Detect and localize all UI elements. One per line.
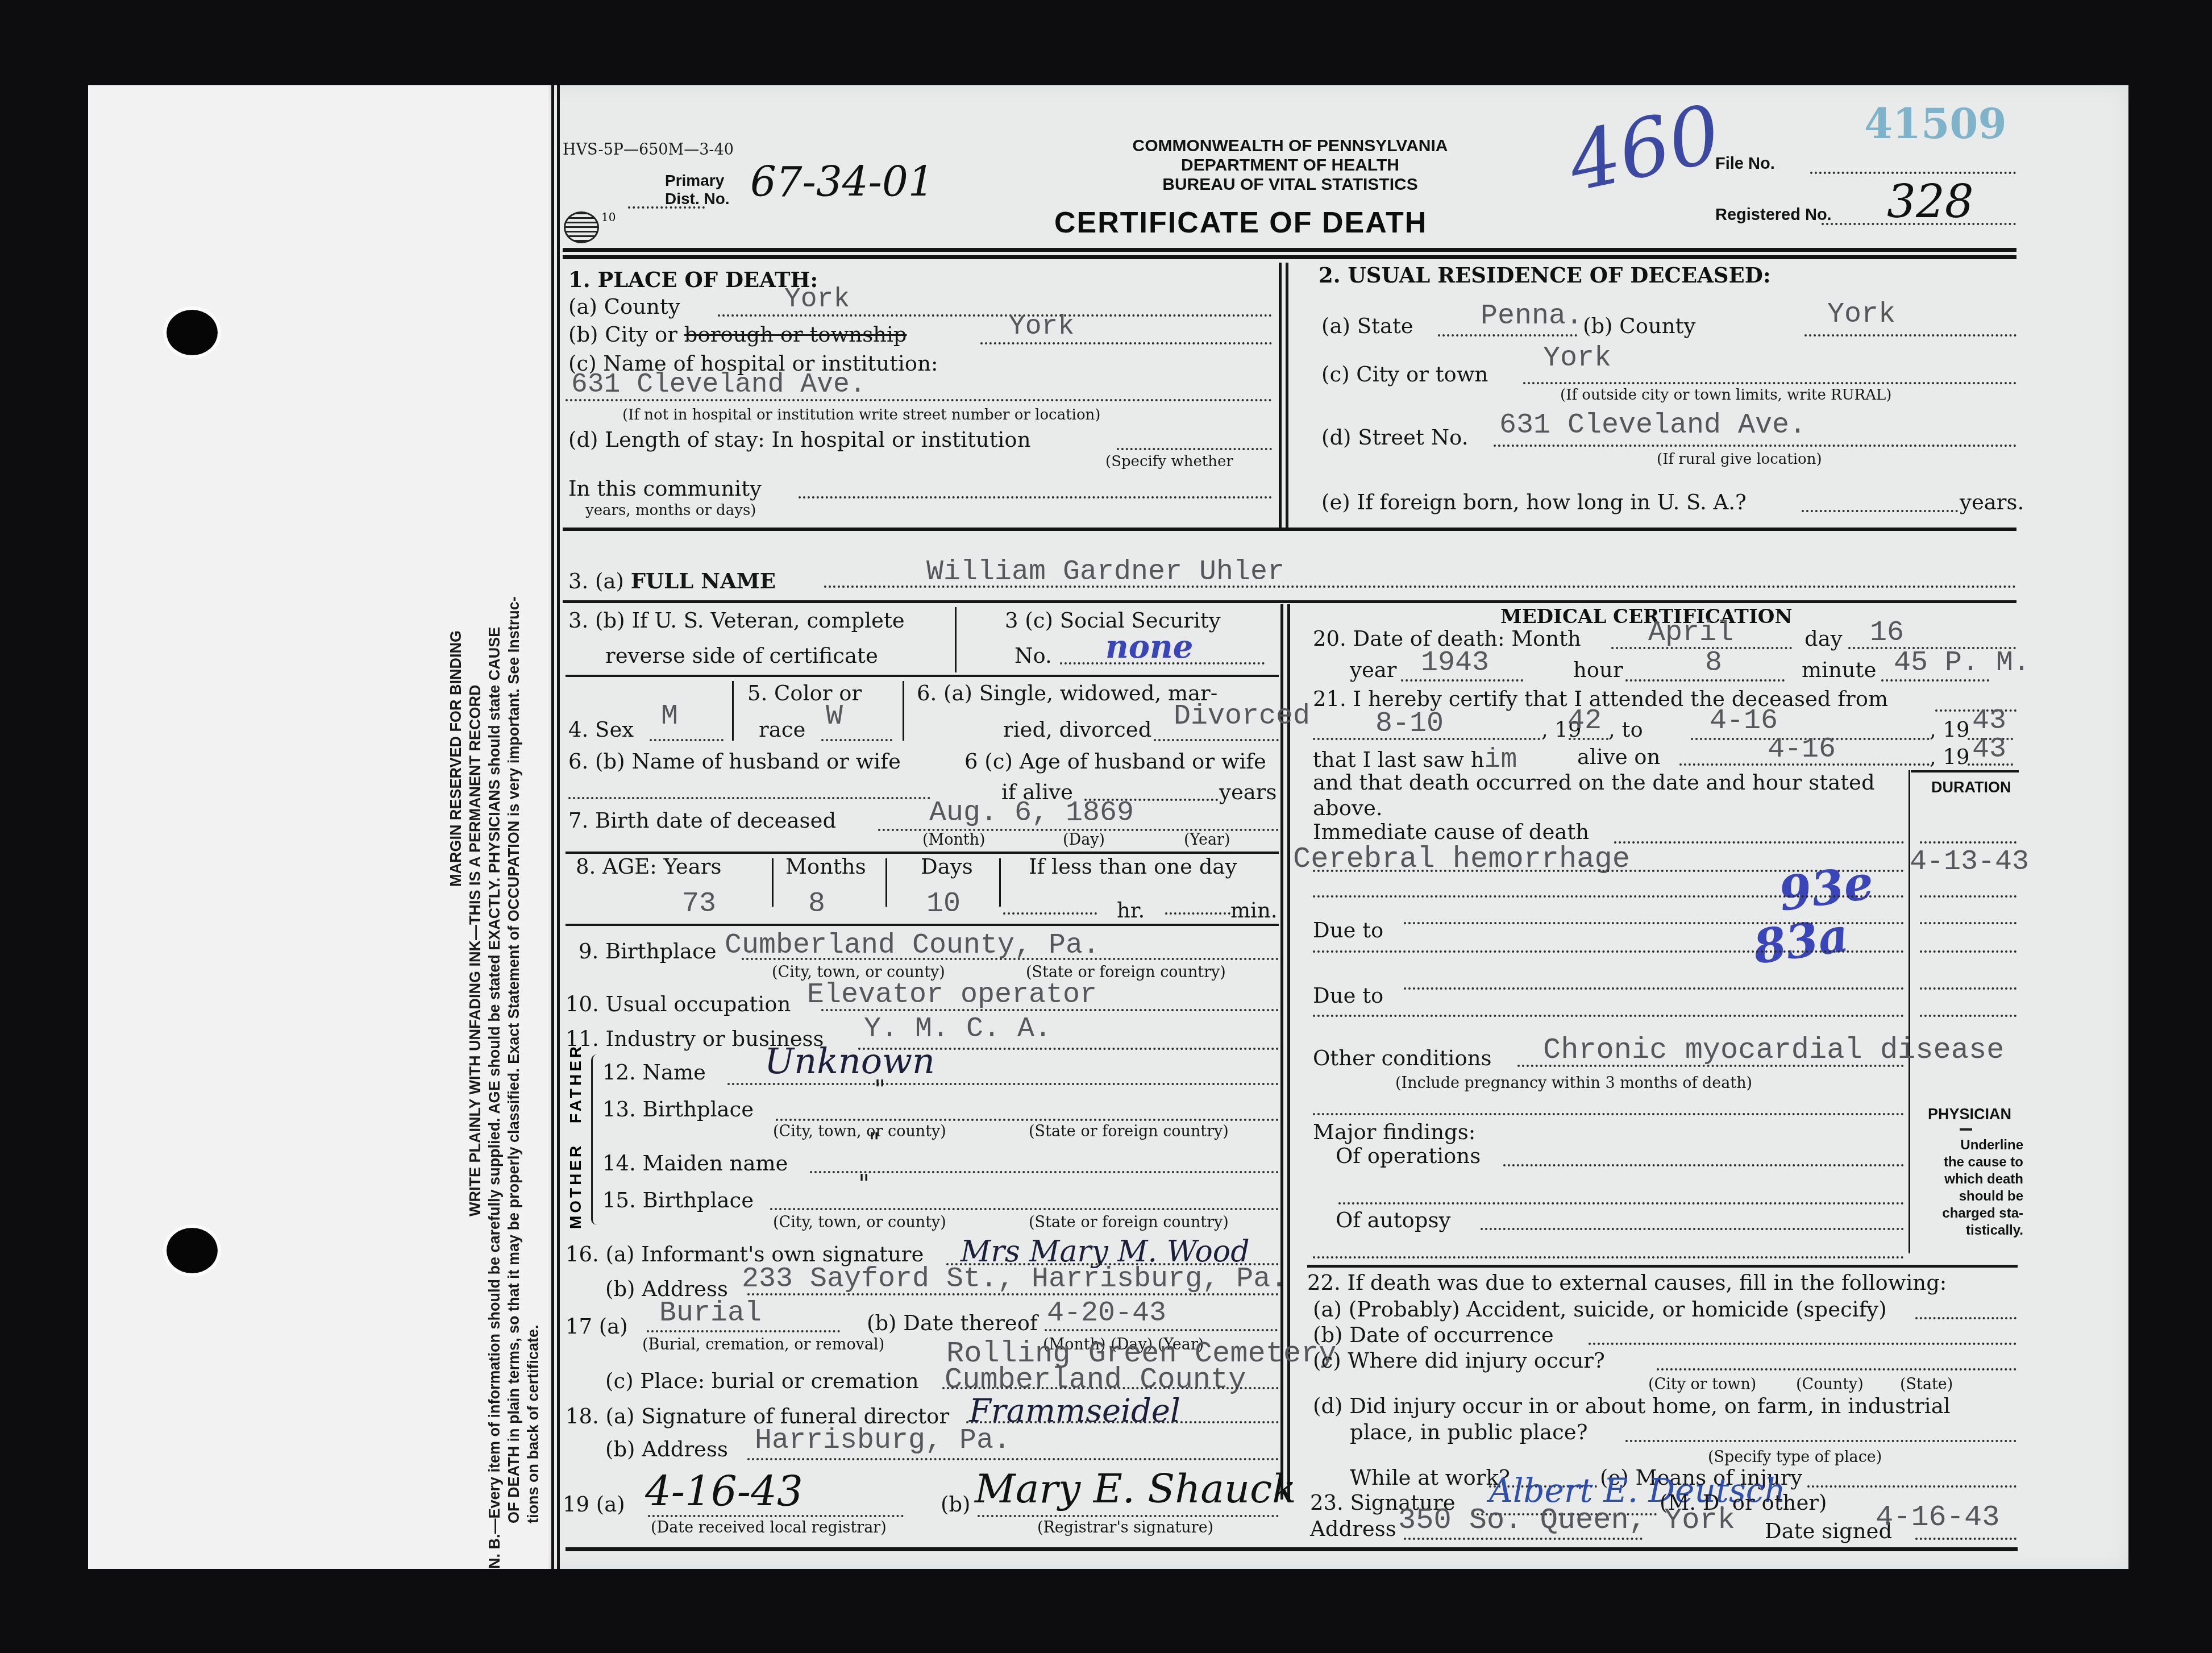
attended-from-year: 42 [1567, 705, 1602, 737]
stay-line [1117, 448, 1272, 450]
agency-commonwealth: COMMONWEALTH OF PENNSYLVANIA [1103, 136, 1478, 156]
form-border-left-inner [557, 85, 560, 1569]
age-divider-1 [772, 858, 774, 907]
other-conditions-label: Other conditions [1313, 1046, 1492, 1070]
place-of-death-heading: 1. PLACE OF DEATH: [568, 267, 818, 292]
disposition-note: (Burial, cremation, or removal) [642, 1336, 884, 1353]
mother-maiden-line [810, 1171, 1279, 1173]
registrar-signature-value: Mary E. Shauck [975, 1465, 1296, 1512]
sex-value: M [661, 700, 678, 733]
occupation-label: 10. Usual occupation [566, 992, 791, 1016]
color-label-2: race [759, 717, 805, 742]
external-b-label: (b) Date of occurrence [1313, 1323, 1554, 1347]
death-minute-line [1881, 679, 1989, 682]
marital-label-2: ried, divorced [1003, 717, 1151, 742]
physician-address-label: Address [1310, 1517, 1396, 1541]
spouse-age-label: 6 (c) Age of husband or wife [964, 749, 1266, 774]
sex-label: 4. Sex [568, 717, 634, 742]
birth-month-note: (Month) [922, 831, 986, 849]
registered-no-label: Registered No. [1715, 206, 1832, 225]
operations-label: Of operations [1336, 1144, 1481, 1168]
burial-date-line [1045, 1329, 1278, 1331]
death-city-line [980, 342, 1272, 344]
informant-address-line [747, 1293, 1279, 1295]
section-rule-2 [563, 600, 2016, 603]
agency-department: DEPARTMENT OF HEALTH [1103, 156, 1478, 175]
mother-side-label: MOTHER [567, 1143, 584, 1229]
death-year-label: year [1350, 658, 1397, 682]
physician-address-value: 350 So. Queen, York [1398, 1504, 1735, 1537]
external-c-city-note: (City or town) [1648, 1376, 1756, 1393]
external-a-label: (a) (Probably) Accident, suicide, or hom… [1313, 1297, 1887, 1322]
duration-box-top [1911, 770, 2019, 772]
birthplace-value: Cumberland County, Pa. [725, 929, 1100, 962]
alive-on-label: alive on [1577, 745, 1660, 769]
father-side-label: FATHER [567, 1044, 584, 1123]
birth-date-label: 7. Birth date of deceased [568, 808, 836, 833]
major-findings-line-top [1313, 1113, 1904, 1115]
full-name-line [824, 585, 2016, 588]
funeral-director-address-value: Harrisburg, Pa. [755, 1424, 1011, 1457]
burial-place-label: (c) Place: burial or cremation [605, 1369, 919, 1393]
occupation-value: Elevator operator [807, 979, 1097, 1011]
marital-line [1154, 739, 1279, 741]
age-divider-3 [999, 858, 1001, 907]
residence-street-value: 631 Cleveland Ave. [1499, 409, 1806, 442]
full-name-value: William Gardner Uhler [926, 556, 1284, 588]
external-c-county-note: (County) [1796, 1376, 1864, 1393]
agency-bureau: BUREAU OF VITAL STATISTICS [1103, 175, 1478, 194]
veteran-label-1: 3. (b) If U. S. Veteran, complete [568, 608, 905, 633]
physician-note-line: should be [1921, 1188, 2023, 1205]
last-saw-year-prefix: , 19 [1930, 745, 1970, 769]
immediate-duration-label-line [1920, 841, 2016, 844]
birthplace-label: 9. Birthplace [579, 939, 717, 963]
physician-address-line [1404, 1538, 1643, 1540]
margin-line-1: MARGIN RESERVED FOR BINDING [446, 596, 465, 1569]
death-hour-label: hour [1573, 658, 1623, 682]
due-to-line-1 [1404, 922, 1904, 924]
age-years-value: 73 [682, 888, 716, 920]
physician-note-line: which death [1921, 1171, 2023, 1188]
death-month-value: April [1648, 617, 1733, 649]
last-saw-label: that I last saw h [1313, 747, 1485, 772]
age-divider-2 [885, 858, 887, 907]
registrar-signature-note: (Registrar's signature) [1037, 1519, 1213, 1536]
community-label: In this community [568, 476, 762, 501]
autopsy-label: Of autopsy [1336, 1208, 1450, 1232]
age-months-label: Months [785, 854, 866, 879]
residence-county-line [1804, 334, 2016, 337]
occupation-line [821, 1009, 1279, 1011]
residence-city-value: York [1543, 342, 1611, 375]
top-divider-b [1286, 263, 1288, 530]
major-findings-label: Major findings: [1313, 1120, 1475, 1144]
veteran-divider [955, 607, 957, 672]
registrar-date-label: 19 (a) [563, 1492, 625, 1517]
residence-street-note: (If rural give location) [1657, 451, 1822, 468]
hr-label: hr. [1117, 898, 1145, 923]
burial-date-label: (b) Date thereof [867, 1311, 1038, 1335]
medical-heading: MEDICAL CERTIFICATION [1500, 605, 1793, 628]
residence-state-line [1438, 334, 1577, 337]
primary-dist-value: 67-34-01 [750, 158, 934, 206]
attended-from-row: 8-10 [1313, 708, 1444, 740]
community-note: years, months or days) [585, 502, 756, 519]
attended-from-year-line [1569, 738, 1608, 740]
mother-birthplace-label: 15. Birthplace [602, 1188, 754, 1212]
external-d-label-1: (d) Did injury occur in or about home, o… [1313, 1394, 1951, 1418]
other-conditions-value: Chronic myocardial disease [1543, 1033, 2004, 1067]
external-b-line [1589, 1343, 2016, 1345]
physician-note-line: Underline [1921, 1137, 2023, 1154]
date-signed-value: 4-16-43 [1876, 1501, 1999, 1534]
disposition-line [647, 1330, 840, 1332]
registered-no-line [1822, 223, 2016, 225]
date-signed-line [1915, 1538, 2016, 1540]
spouse-age-suffix: years [1219, 780, 1277, 804]
external-d-label-2: place, in public place? [1350, 1420, 1588, 1444]
last-saw-year: 43 [1972, 733, 2006, 766]
age-years-label: 8. AGE: Years [576, 854, 721, 879]
autopsy-line [1481, 1228, 1904, 1230]
form-bottom-rule [566, 1547, 2018, 1551]
death-hour-line [1625, 679, 1785, 682]
spouse-name-line [568, 797, 930, 799]
stay-label: (d) Length of stay: In hospital or insti… [568, 427, 1030, 452]
disposition-value: Burial [659, 1297, 762, 1330]
death-county-line [718, 314, 1272, 317]
father-birthplace-line [776, 1119, 1279, 1121]
operations-line [1503, 1164, 1904, 1166]
residence-street-line [1494, 445, 2016, 447]
color-line [821, 739, 892, 741]
death-county-label: (a) County [568, 294, 680, 319]
margin-instructions: MARGIN RESERVED FOR BINDING WRITE PLAINL… [446, 596, 543, 1569]
hospital-line [566, 399, 1272, 401]
hospital-value: 631 Cleveland Ave. [571, 369, 866, 400]
less-than-day-label: If less than one day [1029, 854, 1237, 879]
registered-no-value: 328 [1887, 175, 1974, 228]
due-to-duration-2 [1920, 987, 2016, 990]
father-name-value: Unknown [764, 1040, 935, 1082]
external-c-state-note: (State) [1900, 1376, 1953, 1393]
burial-place-line [942, 1387, 1279, 1389]
residence-street-label: (d) Street No. [1321, 425, 1468, 450]
father-birthplace-label: 13. Birthplace [602, 1097, 754, 1122]
death-city-label-text: (b) City or [568, 322, 677, 347]
duration-line-2 [1920, 895, 2016, 898]
agency-header: COMMONWEALTH OF PENNSYLVANIA DEPARTMENT … [1103, 136, 1478, 194]
father-state-note: (State or foreign country) [1029, 1123, 1229, 1140]
occurred-label-1: and that death occurred on the date and … [1313, 770, 1875, 795]
funeral-director-address-line [747, 1458, 1279, 1460]
mother-birthplace-line [770, 1208, 1279, 1210]
top-divider-a [1279, 263, 1282, 530]
last-saw-date: 4-16 [1768, 733, 1836, 766]
physician-note-line: tistically. [1921, 1222, 2023, 1239]
date-signed-label: Date signed [1765, 1519, 1892, 1543]
last-saw-year-line [1968, 763, 2013, 766]
form-border-left-outer [551, 85, 554, 1569]
color-value: W [826, 700, 843, 733]
age-days-label: Days [921, 854, 973, 879]
ss-no-label: No. [1014, 643, 1052, 668]
while-at-work-label: While at work? [1350, 1465, 1510, 1490]
stay-note: (Specify whether [1105, 453, 1233, 470]
sex-divider [732, 681, 734, 741]
sex-line [650, 739, 724, 741]
header-rule-2 [563, 255, 2016, 259]
age-months-value: 8 [808, 888, 825, 920]
attended-to-label: , to [1608, 717, 1643, 742]
death-minute-label: minute [1802, 658, 1876, 682]
residence-county-value: York [1827, 298, 1895, 331]
hospital-note: (If not in hospital or institution write… [622, 406, 1100, 423]
immediate-cause-label: Immediate cause of death [1313, 820, 1589, 844]
union-number: 10 [601, 210, 616, 224]
external-c-line [1657, 1368, 2016, 1370]
external-heading: 22. If death was due to external causes,… [1307, 1270, 1947, 1295]
full-name-num: 3. (a) [568, 569, 624, 593]
row-rule-age [566, 924, 1279, 926]
parents-brace [591, 1054, 600, 1225]
row-rule-birth [566, 852, 1279, 854]
dist-no-label: Dist. No. [665, 190, 730, 208]
union-label-icon [564, 211, 599, 243]
means-of-injury-line [1807, 1485, 2016, 1488]
residence-state-value: Penna. [1481, 300, 1583, 333]
birthplace-line [742, 958, 1279, 960]
veteran-label-2: reverse side of certificate [605, 643, 878, 668]
attended-to-value: 4-16 [1710, 705, 1778, 737]
duration-line-4 [1920, 1015, 2016, 1017]
full-name-label: 3. (a) FULL NAME [568, 568, 776, 593]
attended-to-year: 43 [1972, 705, 2006, 737]
mother-father-side-label: MOTHER FATHER [567, 1044, 585, 1229]
last-saw-date-line [1679, 763, 1930, 766]
foreign-born-suffix: years. [1960, 490, 2024, 514]
registrar-date-line [648, 1515, 904, 1517]
operations-line-2 [1338, 1202, 1904, 1205]
cause-line-3 [1313, 950, 1904, 953]
birth-year-note: (Year) [1184, 831, 1230, 849]
min-label: min. [1230, 898, 1278, 923]
registrar-signature-label: (b) [941, 1492, 971, 1517]
birth-day-note: (Day) [1063, 831, 1105, 849]
mother-maiden-label: 14. Maiden name [602, 1151, 788, 1176]
funeral-director-address-label: (b) Address [605, 1437, 728, 1461]
cause-line-4 [1313, 1015, 1904, 1017]
punch-hole-bottom [167, 1228, 218, 1273]
attended-to-year-prefix: , 19 [1930, 717, 1970, 742]
ss-value: none [1105, 628, 1193, 666]
attended-from-value: 8-10 [1375, 708, 1444, 740]
residence-heading: 2. USUAL RESIDENCE OF DECEASED: [1319, 263, 1771, 288]
section-rule-1 [563, 528, 2016, 531]
due-to-duration-1 [1920, 922, 2016, 924]
margin-line-3: N. B.—Every item of information should b… [485, 596, 504, 1569]
hours-line [1003, 912, 1097, 915]
birth-date-value: Aug. 6, 1869 [929, 797, 1134, 829]
father-name-line [727, 1083, 1279, 1085]
physician-note-line: the cause to [1921, 1154, 2023, 1171]
primary-label: Primary [665, 172, 730, 190]
death-city-label-struck: borough or township [684, 322, 907, 347]
father-birthplace-value: " [874, 1075, 885, 1104]
community-line [799, 496, 1272, 499]
disposition-label: 17 (a) [566, 1314, 628, 1339]
duration-column-divider [1909, 770, 1910, 1253]
father-name-label: 12. Name [602, 1060, 706, 1085]
residence-city-note: (If outside city or town limits, write R… [1560, 387, 1891, 404]
immediate-cause-label-line [1614, 841, 1904, 844]
death-year-value: 1943 [1421, 647, 1489, 679]
registrar-signature-line [978, 1515, 1279, 1517]
death-month-line [1611, 647, 1792, 649]
death-hour-value: 8 [1705, 647, 1722, 679]
dist-no-line [628, 206, 705, 209]
death-day-value: 16 [1870, 617, 1904, 649]
full-name-heading: FULL NAME [631, 568, 776, 593]
residence-county-label: (b) County [1583, 314, 1695, 338]
physician-dash [1960, 1128, 1972, 1131]
margin-line-2: WRITE PLAINLY WITH UNFADING INK—THIS IS … [465, 596, 485, 1569]
cause-line-2 [1313, 895, 1904, 898]
duration-label: DURATION [1931, 779, 2011, 796]
attended-from-line [1313, 738, 1540, 740]
duration-line-3 [1920, 950, 2016, 953]
residence-city-line [1523, 382, 2016, 384]
other-conditions-note: (Include pregnancy within 3 months of de… [1395, 1074, 1752, 1092]
punch-hole-top [167, 310, 218, 355]
external-a-line [1915, 1317, 2016, 1319]
due-to-line-2 [1404, 987, 1904, 990]
occurred-label-2: above. [1313, 796, 1383, 820]
stamp-number: 41509 [1864, 99, 2007, 148]
physician-note-line: charged sta- [1921, 1205, 2023, 1222]
foreign-born-label: (e) If foreign born, how long in U. S. A… [1321, 490, 1747, 514]
due-to-label-1: Due to [1313, 918, 1383, 942]
margin-line-4: OF DEATH in plain terms, so that it may … [504, 596, 523, 1569]
informant-address-value: 233 Sayford St., Harrisburg, Pa. [742, 1263, 1287, 1295]
section-rule-external [1307, 1265, 2018, 1268]
funeral-director-line [966, 1421, 1279, 1423]
page-title: CERTIFICATE OF DEATH [1054, 206, 1427, 240]
registrar-date-note: (Date received local registrar) [651, 1519, 887, 1536]
color-label-1: 5. Color or [747, 681, 862, 705]
physician-note: Underline the cause to which death shoul… [1921, 1137, 2023, 1239]
mother-state-note: (State or foreign country) [1029, 1214, 1229, 1231]
death-city-value: York [1009, 312, 1074, 342]
external-d-note: (Specify type of place) [1708, 1448, 1882, 1466]
file-no-label: File No. [1715, 155, 1775, 173]
registrar-date-value: 4-16-43 [645, 1468, 803, 1515]
burial-date-value: 4-20-43 [1047, 1297, 1166, 1330]
margin-line-5: tions on back of certificate. [523, 596, 543, 1569]
external-d-line [1625, 1440, 2016, 1442]
residence-city-label: (c) City or town [1321, 362, 1488, 387]
residence-state-label: (a) State [1321, 314, 1413, 338]
file-no-line [1810, 172, 2016, 174]
age-days-value: 10 [926, 888, 961, 920]
color-divider [903, 681, 904, 741]
primary-dist-label: Primary Dist. No. [665, 172, 730, 208]
death-county-value: York [784, 284, 850, 315]
row-rule-veteran [566, 675, 1279, 677]
marital-value: Divorced [1174, 700, 1310, 733]
autopsy-line-2 [1313, 1256, 1904, 1259]
mother-maiden-value: " [868, 1128, 880, 1157]
spouse-label: 6. (b) Name of husband or wife [568, 749, 901, 774]
ss-line [1060, 662, 1265, 664]
death-year-line [1401, 679, 1523, 682]
physician-heading: PHYSICIAN [1928, 1106, 2011, 1123]
death-day-label: day [1804, 626, 1843, 651]
death-city-label: (b) City or borough or township [568, 322, 907, 347]
immediate-cause-duration: 4-13-43 [1910, 846, 2029, 878]
marital-label-1: 6. (a) Single, widowed, mar- [917, 681, 1217, 705]
header-rule-1 [563, 248, 2016, 252]
minutes-line [1165, 912, 1230, 915]
father-city-note: (City, town, or county) [773, 1123, 946, 1140]
external-c-label: (c) Where did injury occur? [1313, 1348, 1605, 1373]
death-minute-value: 45 P. M. [1894, 647, 2030, 679]
burial-place-county: Cumberland County [945, 1363, 1246, 1397]
other-conditions-line [1517, 1065, 1904, 1067]
mother-birthplace-value: " [858, 1170, 870, 1199]
mother-city-note: (City, town, or county) [773, 1214, 946, 1231]
foreign-born-line [1802, 510, 1958, 512]
form-code: HVS-5P—650M—3-40 [563, 141, 734, 159]
due-to-label-2: Due to [1313, 983, 1383, 1008]
